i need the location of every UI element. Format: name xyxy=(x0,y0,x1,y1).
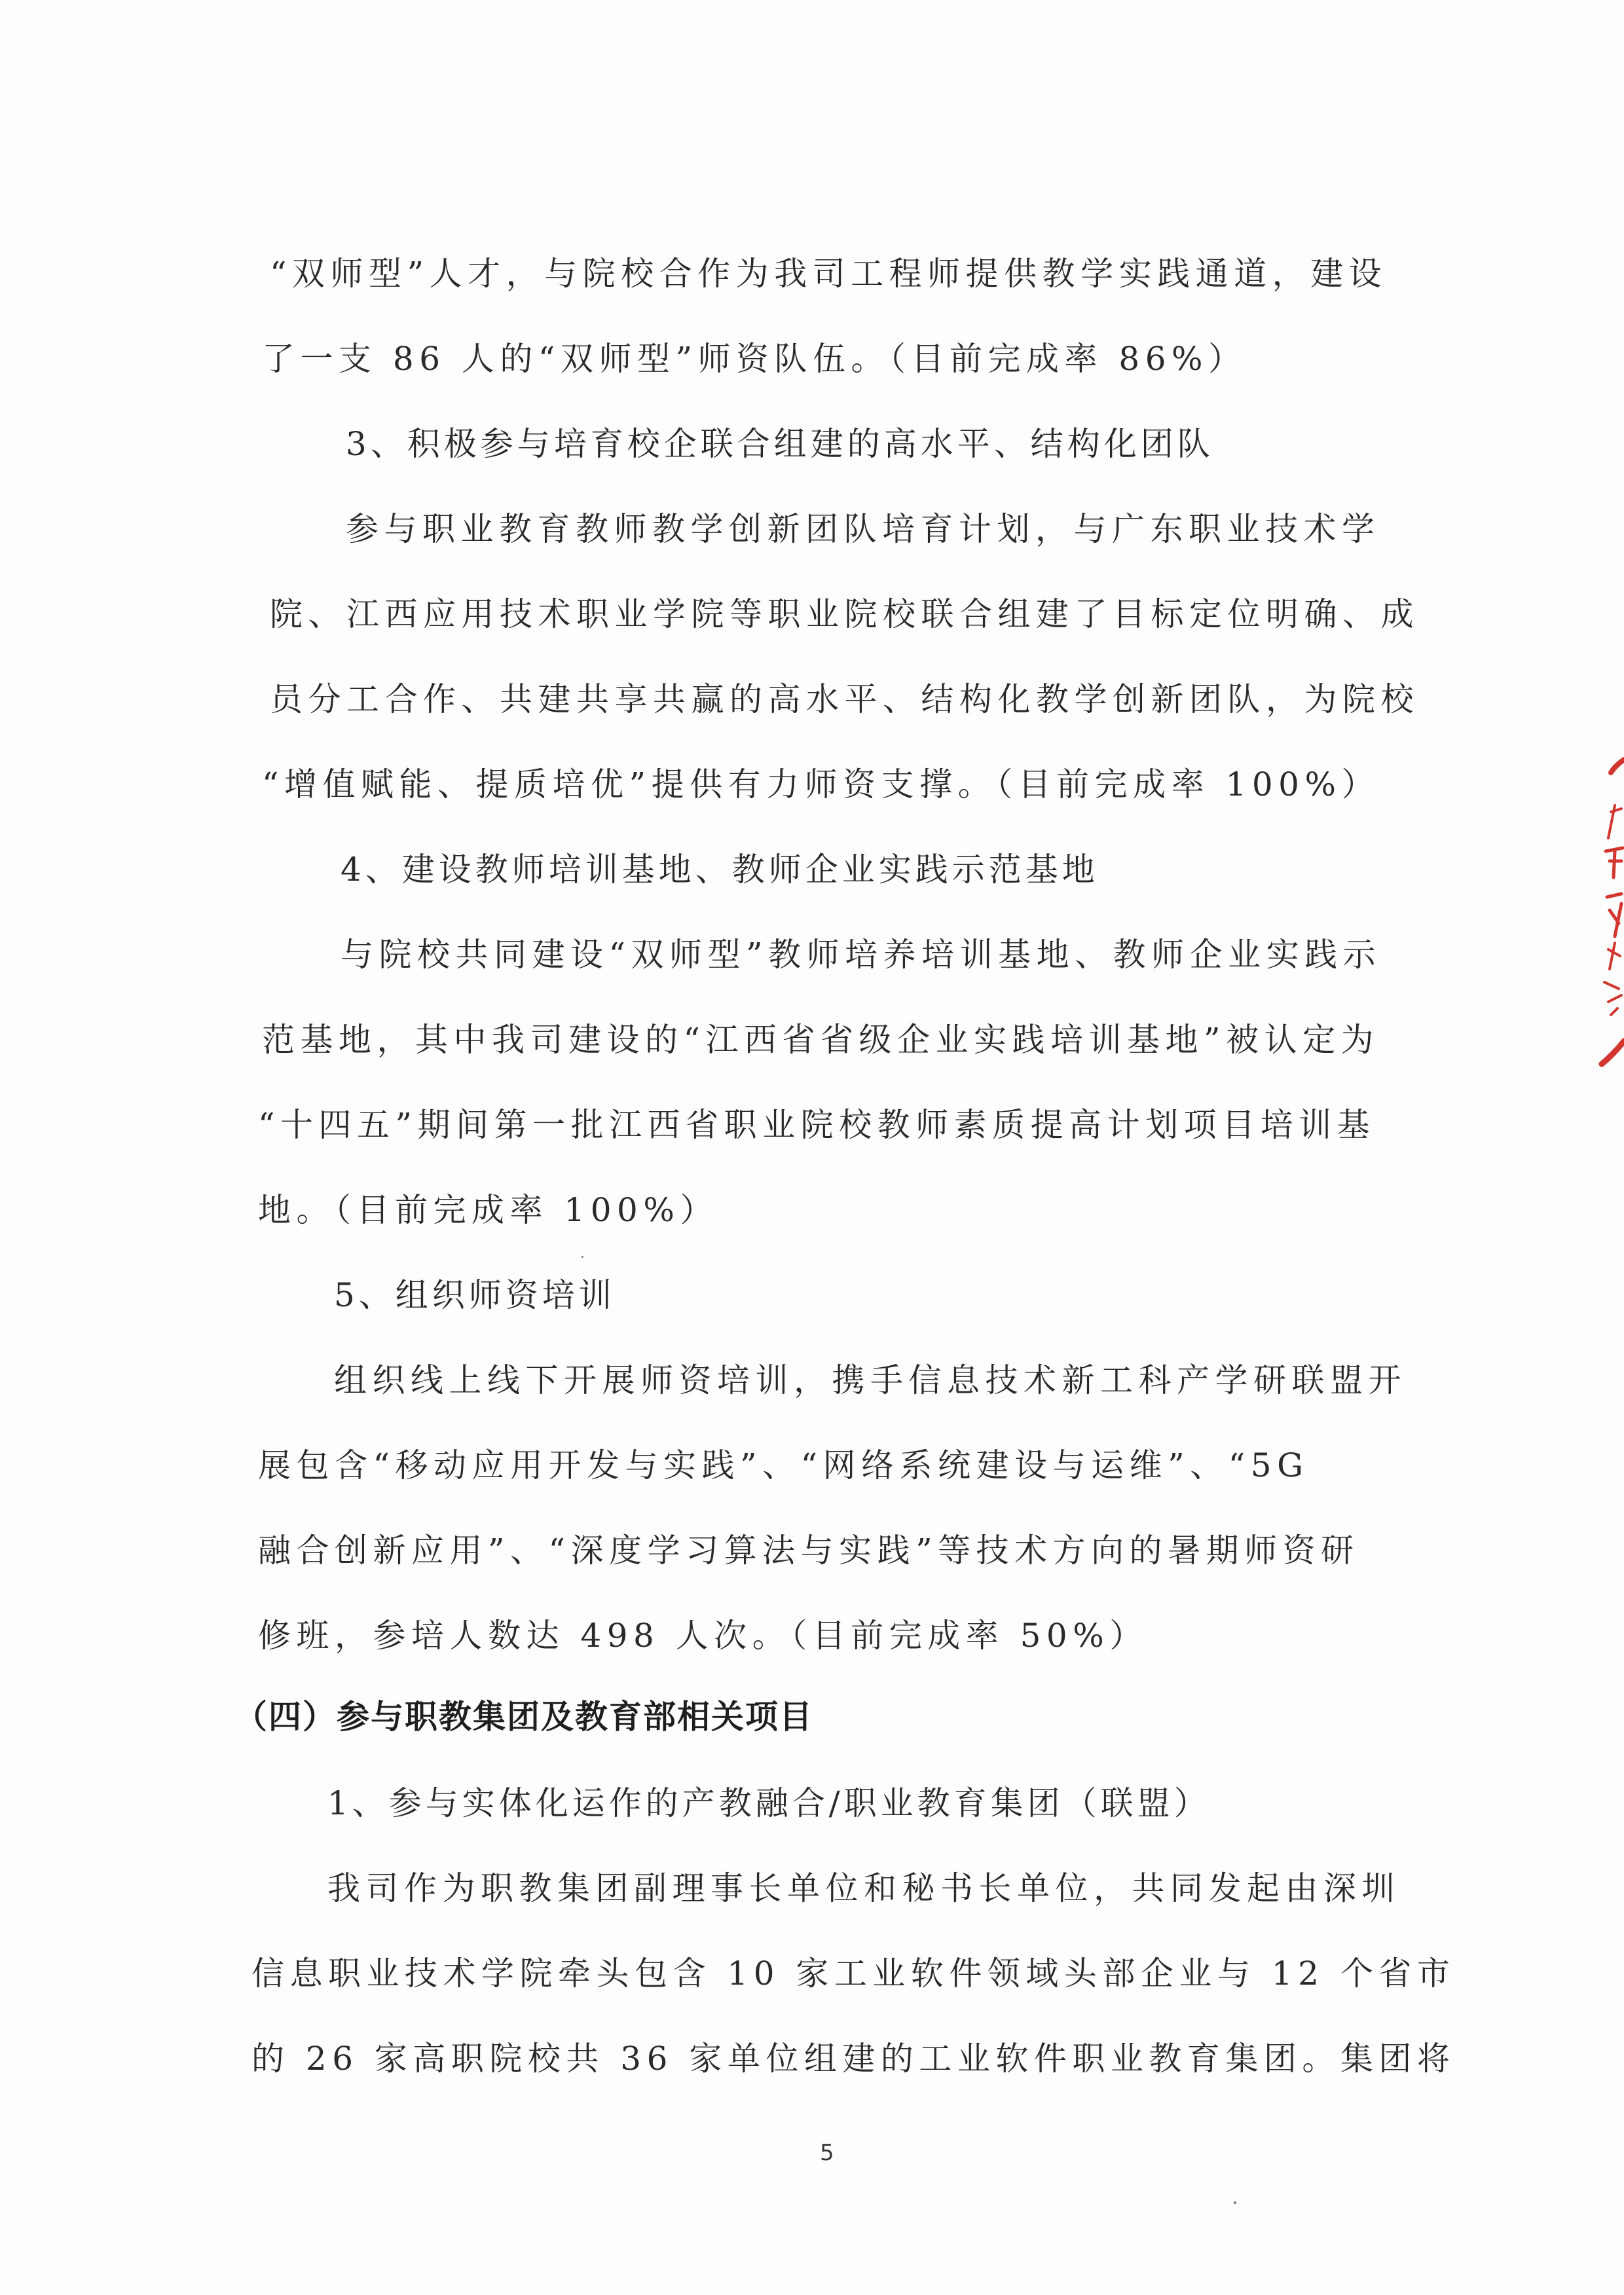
body-line-4d: 地。（目前完成率 100%） xyxy=(258,1189,718,1231)
subheading-3: 3、积极参与培育校企联合组建的高水平、结构化团队 xyxy=(346,423,1214,465)
body-line-5d: 修班，参培人数达 498 人次。（目前完成率 50%） xyxy=(258,1615,1148,1657)
subheading-4-1: 1、参与实体化运作的产教融合/职业教育集团（联盟） xyxy=(327,1782,1211,1824)
subheading-4: 4、建设教师培训基地、教师企业实践示范基地 xyxy=(341,849,1099,890)
scan-speck xyxy=(1234,2201,1236,2204)
body-line-6c: 的 26 家高职院校共 36 家单位组建的工业软件职业教育集团。集团将 xyxy=(251,2038,1455,2080)
body-line-6b: 信息职业技术学院牵头包含 10 家工业软件领域头部企业与 12 个省市 xyxy=(251,1953,1455,1994)
body-line-3b: 院、江西应用技术职业学院等职业院校联合组建了目标定位明确、成 xyxy=(270,593,1419,635)
body-line-5b: 展包含“移动应用开发与实践”、“网络系统建设与运维”、“5G xyxy=(258,1444,1309,1486)
body-line-1: “双师型”人才，与院校合作为我司工程师提供教学实践通道，建设 xyxy=(270,253,1387,295)
subheading-5: 5、组织师资培训 xyxy=(334,1274,616,1316)
section-heading-4: （四）参与职教集团及教育部相关项目 xyxy=(234,1696,813,1738)
body-line-5a: 组织线上线下开展师资培训，携手信息技术新工科产学研联盟开 xyxy=(334,1359,1407,1401)
body-line-4b: 范基地，其中我司建设的“江西省省级企业实践培训基地”被认定为 xyxy=(262,1019,1379,1061)
body-line-5c: 融合创新应用”、“深度学习算法与实践”等技术方向的暑期师资研 xyxy=(258,1530,1359,1571)
body-line-6a: 我司作为职教集团副理事长单位和秘书长单位，共同发起由深圳 xyxy=(327,1867,1400,1909)
body-line-3d: “增值赋能、提质培优”提供有力师资支撑。（目前完成率 100%） xyxy=(262,763,1380,805)
body-line-3c: 员分工合作、共建共享共赢的高水平、结构化教学创新团队，为院校 xyxy=(270,678,1419,720)
body-line-3a: 参与职业教育教师教学创新团队培育计划，与广东职业技术学 xyxy=(346,508,1380,550)
red-seal-stamp-icon xyxy=(1595,720,1624,1087)
scan-speck xyxy=(581,1256,583,1258)
page-number: 5 xyxy=(820,2140,834,2166)
body-line-4a: 与院校共同建设“双师型”教师培养培训基地、教师企业实践示 xyxy=(341,934,1381,976)
document-page: “双师型”人才，与院校合作为我司工程师提供教学实践通道，建设 了一支 86 人的… xyxy=(0,0,1624,2295)
body-line-2: 了一支 86 人的“双师型”师资队伍。（目前完成率 86%） xyxy=(262,338,1247,380)
body-line-4c: “十四五”期间第一批江西省职业院校教师素质提高计划项目培训基 xyxy=(258,1104,1375,1146)
